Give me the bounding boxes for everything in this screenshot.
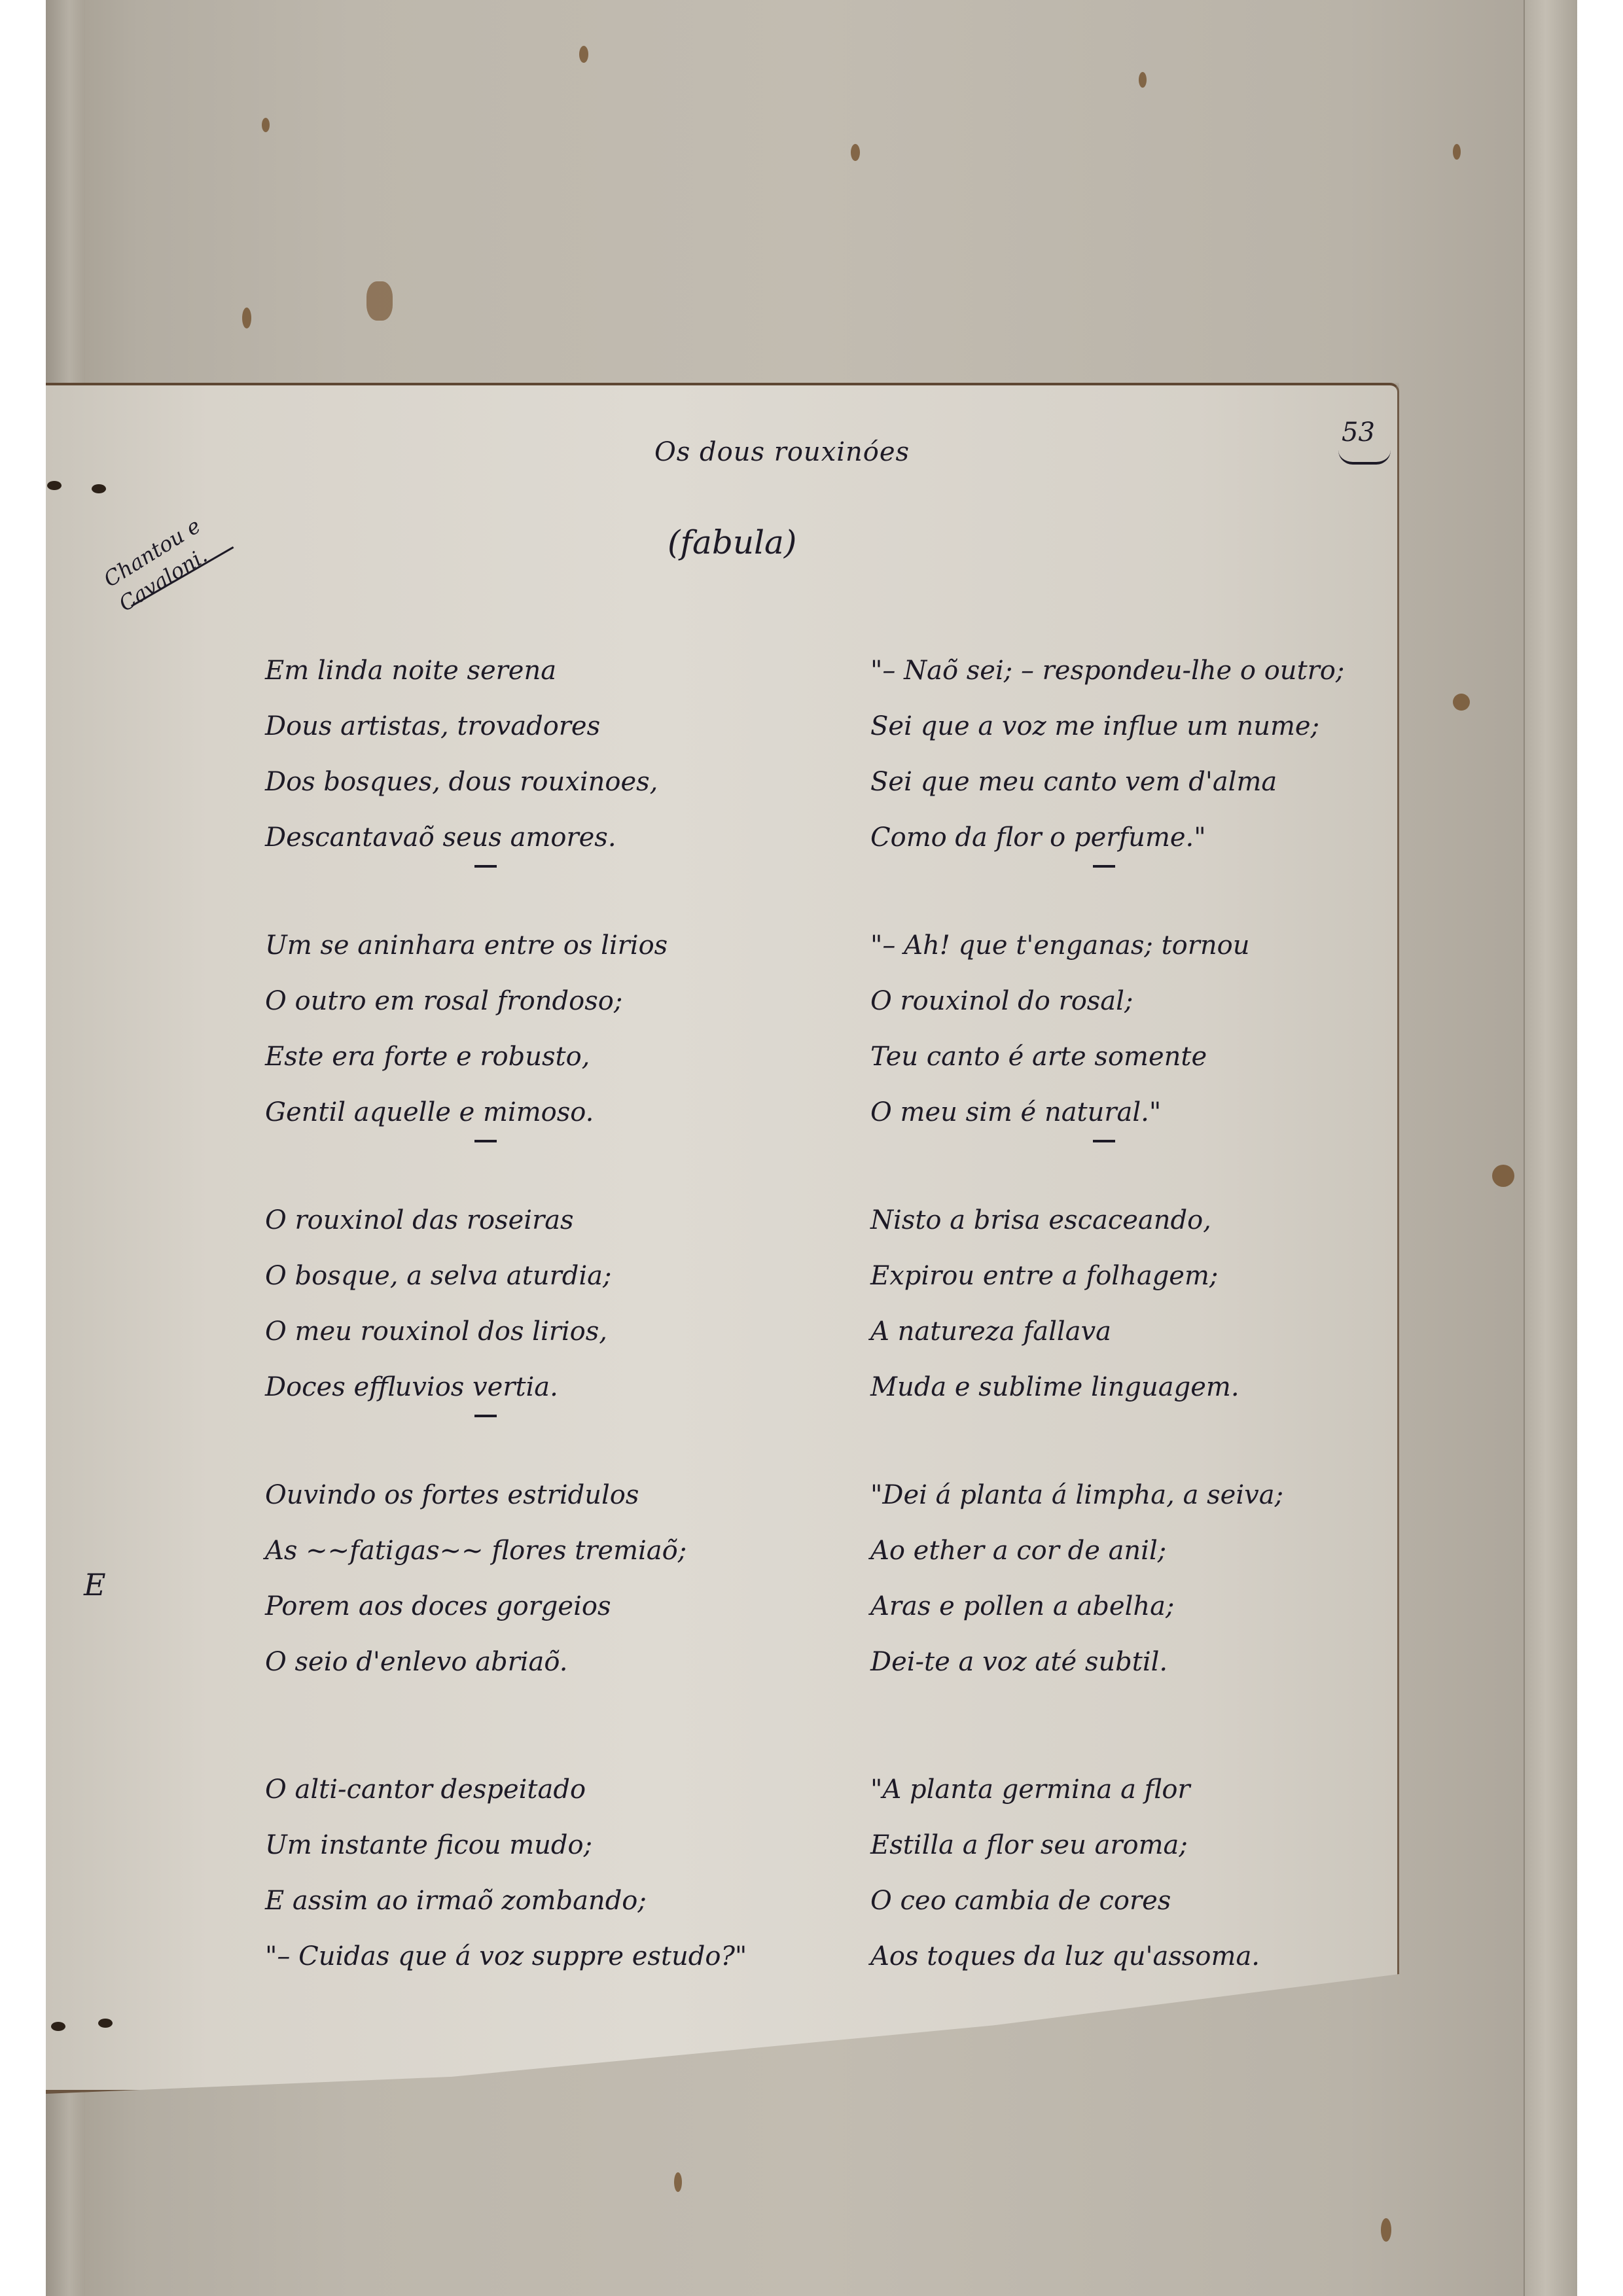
page-number: 53 — [1342, 417, 1375, 448]
verse-line: Gentil aquelle e mimoso. — [265, 1089, 747, 1145]
stanza: Um se aninhara entre os lirios O outro e… — [265, 923, 747, 1145]
verse-line: Muda e sublime linguagem. — [870, 1364, 1344, 1420]
binding-hole — [98, 2019, 113, 2028]
stanza: "– Ah! que t'enganas; tornou O rouxinol … — [870, 923, 1344, 1145]
foxing-spot — [1492, 1165, 1514, 1187]
stanza-separator — [265, 1420, 747, 1439]
foxing-spot — [1453, 694, 1470, 711]
foxing-spot — [1139, 72, 1147, 88]
verse-line: Ouvindo os fortes estridulos — [265, 1472, 747, 1528]
verse-line: O rouxinol das roseiras — [265, 1197, 747, 1253]
verse-line: "A planta germina a flor — [870, 1767, 1344, 1822]
stanza-separator — [870, 870, 1344, 890]
verse-line: O bosque, a selva aturdia; — [265, 1253, 747, 1309]
foxing-spot — [579, 46, 588, 63]
edge-mark: E — [84, 1567, 106, 1602]
poem-left-column: Em linda noite serena Dous artistas, tro… — [265, 648, 747, 1989]
verse-line: Este era forte e robusto, — [265, 1034, 747, 1089]
verse-line: Como da flor o perfume." — [870, 815, 1344, 870]
poem-right-column: "– Naõ sei; – respondeu-lhe o outro; Sei… — [870, 648, 1344, 1989]
foxing-spot — [851, 144, 860, 161]
verse-line: "– Naõ sei; – respondeu-lhe o outro; — [870, 648, 1344, 703]
verse-line: Em linda noite serena — [265, 648, 747, 703]
stanza-spacer — [870, 1420, 1344, 1472]
verse-line: Expirou entre a folhagem; — [870, 1253, 1344, 1309]
verse-line: Dei-te a voz até subtil. — [870, 1639, 1344, 1695]
stanza: "– Naõ sei; – respondeu-lhe o outro; Sei… — [870, 648, 1344, 870]
verse-line: Dous artistas, trovadores — [265, 703, 747, 759]
stanza-separator — [870, 1145, 1344, 1165]
verse-line: Sei que a voz me influe um nume; — [870, 703, 1344, 759]
foxing-spot — [242, 308, 251, 328]
verse-line: Um se aninhara entre os lirios — [265, 923, 747, 978]
verse-line: E assim ao irmaõ zombando; — [265, 1878, 747, 1934]
verse-line: Estilla a flor seu aroma; — [870, 1822, 1344, 1878]
stanza: Em linda noite serena Dous artistas, tro… — [265, 648, 747, 870]
verse-line: O meu rouxinol dos lirios, — [265, 1309, 747, 1364]
stanza: O rouxinol das roseiras O bosque, a selv… — [265, 1197, 747, 1420]
verse-line: "Dei á planta á limpha, a seiva; — [870, 1472, 1344, 1528]
verse-line: O ceo cambia de cores — [870, 1878, 1344, 1934]
binding-hole — [47, 481, 62, 490]
stanza: "A planta germina a flor Estilla a flor … — [870, 1767, 1344, 1989]
poem-title: Os dous rouxinóes — [654, 437, 910, 467]
foxing-spot — [366, 281, 393, 321]
verse-line: O alti-cantor despeitado — [265, 1767, 747, 1822]
foxing-spot — [1453, 144, 1461, 160]
stanza-spacer — [265, 1695, 747, 1767]
verse-line: Porem aos doces gorgeios — [265, 1583, 747, 1639]
verse-line: As ~~fatigas~~ flores tremiaõ; — [265, 1528, 747, 1583]
verse-line: Teu canto é arte somente — [870, 1034, 1344, 1089]
verse-line: Ao ether a cor de anil; — [870, 1528, 1344, 1583]
verse-line: Dos bosques, dous rouxinoes, — [265, 759, 747, 815]
stanza: "Dei á planta á limpha, a seiva; Ao ethe… — [870, 1472, 1344, 1695]
verse-line: O seio d'enlevo abriaõ. — [265, 1639, 747, 1695]
foxing-spot — [1381, 2218, 1391, 2242]
page-number-underline — [1338, 450, 1391, 465]
verse-line: Um instante ficou mudo; — [265, 1822, 747, 1878]
verse-line: Nisto a brisa escaceando, — [870, 1197, 1344, 1253]
stanza-separator — [265, 870, 747, 890]
poem-subtitle: (fabula) — [668, 523, 796, 561]
verse-line: Sei que meu canto vem d'alma — [870, 759, 1344, 815]
verse-line: Aras e pollen a abelha; — [870, 1583, 1344, 1639]
sheet-right-edge — [1524, 0, 1577, 2296]
foxing-spot — [262, 118, 270, 132]
verse-line: "– Cuidas que á voz suppre estudo?" — [265, 1934, 747, 1989]
stanza-spacer — [870, 1695, 1344, 1767]
verse-line: O outro em rosal frondoso; — [265, 978, 747, 1034]
verse-line: O rouxinol do rosal; — [870, 978, 1344, 1034]
verse-line: A natureza fallava — [870, 1309, 1344, 1364]
stanza: Nisto a brisa escaceando, Expirou entre … — [870, 1197, 1344, 1420]
verse-line: Descantavaõ seus amores. — [265, 815, 747, 870]
foxing-spot — [674, 2172, 682, 2192]
verse-line: Aos toques da luz qu'assoma. — [870, 1934, 1344, 1989]
stanza: Ouvindo os fortes estridulos As ~~fatiga… — [265, 1472, 747, 1695]
stanza-separator — [265, 1145, 747, 1165]
stanza: O alti-cantor despeitado Um instante fic… — [265, 1767, 747, 1989]
verse-line: "– Ah! que t'enganas; tornou — [870, 923, 1344, 978]
verse-line: Doces effluvios vertia. — [265, 1364, 747, 1420]
binding-hole — [51, 2022, 65, 2031]
verse-line: O meu sim é natural." — [870, 1089, 1344, 1145]
binding-hole — [92, 484, 106, 493]
